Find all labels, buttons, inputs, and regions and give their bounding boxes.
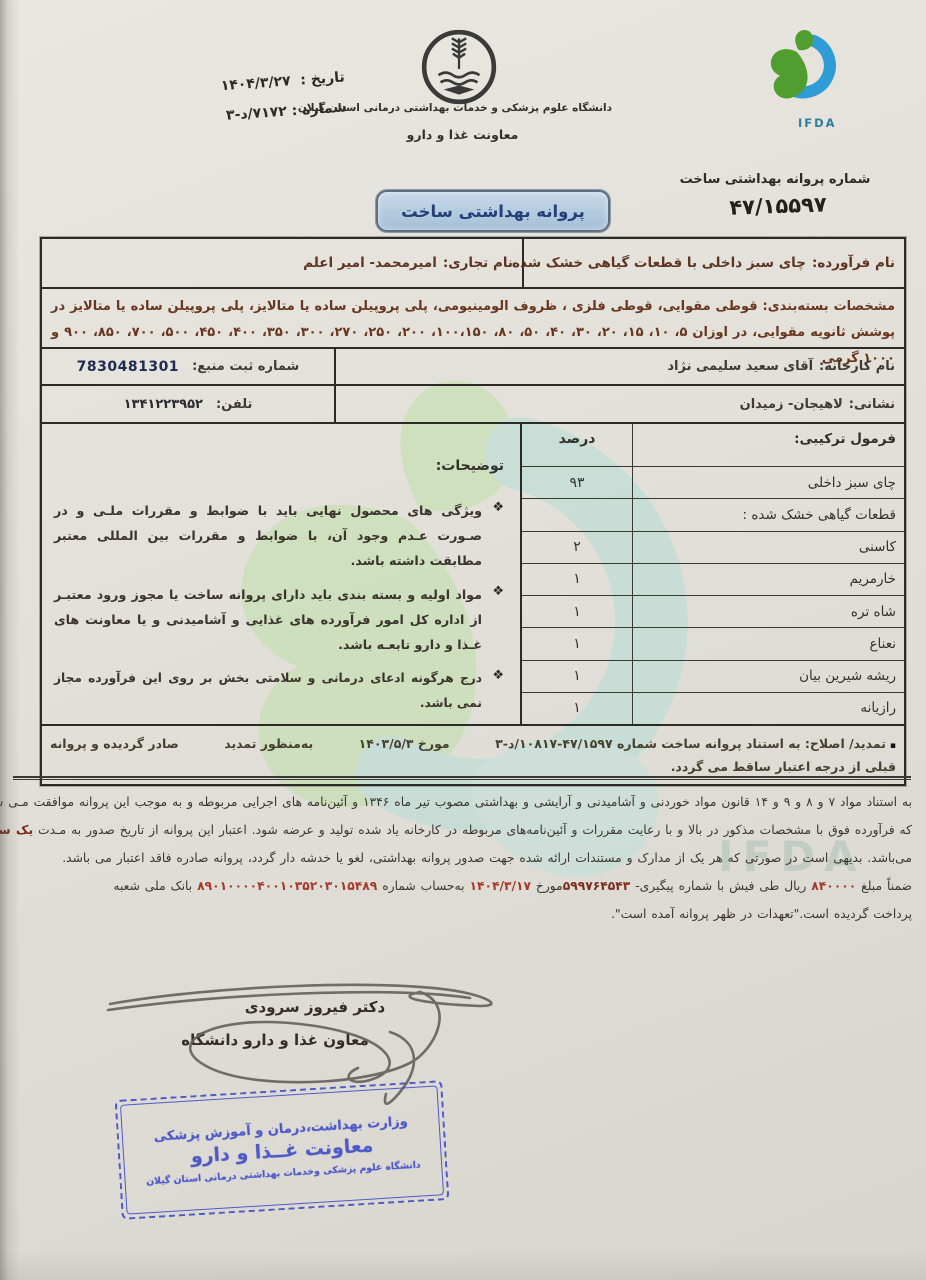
ingredient-percent: ۱ [522, 628, 632, 659]
ingredient-name: نعناع [632, 628, 904, 659]
renewal-purpose: به‌منظور تمدید [224, 736, 313, 751]
ingredient-name: چای سبز داخلی [632, 467, 904, 498]
payment-date: ۱۴۰۴/۳/۱۷ [469, 879, 531, 893]
product-value: چای سبز داخلی با قطعات گیاهی خشک شده [512, 255, 806, 271]
paragraph-text: که فرآورده فوق با مشخصات مذکور در بالا و… [33, 823, 912, 837]
table-row-product: نام فرآورده: چای سبز داخلی با قطعات گیاه… [42, 239, 904, 289]
bullet-icon: ❖ [482, 582, 504, 657]
university-name: دانشگاه علوم پزشکی و خدمات بهداشتی درمان… [312, 102, 612, 114]
factory-label: نام کارخانه: [819, 359, 895, 374]
note-text: مواد اولیه و بسته بندی باید دارای پروانه… [54, 582, 482, 657]
brand-cell: نام تجاری: امیرمحمد- امیر اعلم [42, 239, 522, 287]
ingredient-percent [522, 499, 632, 530]
note-item: ❖ مواد اولیه و بسته بندی باید دارای پروا… [54, 582, 504, 657]
stamp-line3: دانشگاه علوم پزشکی وخدمات بهداشتی درمانی… [146, 1159, 421, 1187]
ministry-stamp: وزارت بهداشت،درمان و آموزش پزشکی معاونت … [115, 1080, 450, 1220]
table-row-formula-notes: فرمول ترکیبی: درصد چای سبز داخلی ۹۳ قطعا… [42, 424, 904, 726]
paragraph-line: ضمناً مبلغ ۸۴۰۰۰۰ ریال طی فیش با شماره پ… [12, 872, 912, 900]
phone-cell: تلفن: ۱۳۴۱۲۲۳۹۵۲ [42, 386, 334, 422]
university-emblem-icon [418, 26, 500, 108]
renewal-line1: ▪تمدید/ اصلاح: به استناد پروانه ساخت شما… [50, 736, 896, 751]
formula-row: قطعات گیاهی خشک شده : [522, 499, 904, 531]
license-number-label: شماره پروانه بهداشتی ساخت [655, 172, 895, 187]
registration-cell: شماره ثبت منبع: 7830481301 [42, 349, 334, 384]
formula-title: فرمول ترکیبی: [632, 424, 904, 466]
table-row-address: نشانی: لاهیجان- زمیدان تلفن: ۱۳۴۱۲۲۳۹۵۲ [42, 386, 904, 424]
formula-row: ریشه شیرین بیان ۱ [522, 661, 904, 693]
ingredient-name: قطعات گیاهی خشک شده : [632, 499, 904, 530]
registration-label: شماره ثبت منبع: [192, 359, 299, 374]
phone-value: ۱۳۴۱۲۲۳۹۵۲ [124, 397, 203, 412]
notes-cell: توضیحات: ❖ ویژگی های محصول نهایی باید با… [42, 424, 520, 724]
ingredient-name: ریشه شیرین بیان [632, 661, 904, 692]
table-row-factory: نام کارخانه: آقای سعید سلیمی نژاد شماره … [42, 349, 904, 386]
validity-duration: یک سـال [0, 823, 33, 837]
ingredient-percent: ۱ [522, 564, 632, 595]
note-item: ❖ ویژگی های محصول نهایی باید با ضوابط و … [54, 498, 504, 573]
packaging-cell: مشخصات بسته‌بندی: قوطی مقوایی، قوطی فلزی… [42, 289, 904, 347]
address-label: نشانی: [849, 397, 895, 412]
brand-label: نام تجاری: [443, 255, 513, 271]
paragraph-line: پرداخت گردیده است."تعهدات در ظهر پروانه … [12, 900, 912, 928]
registration-value: 7830481301 [77, 359, 179, 375]
notes-bullets: ❖ ویژگی های محصول نهایی باید با ضوابط و … [54, 498, 504, 716]
scanned-document: IFDA تاریخ : ۱۴۰۴/۳/۲۷ شماره : ۷۱۷۲/د-۳ … [0, 0, 926, 1280]
paragraph-line: می‌باشد. بدیهی است در صورتی که هر یک از … [12, 844, 912, 872]
formula-table: فرمول ترکیبی: درصد چای سبز داخلی ۹۳ قطعا… [520, 424, 904, 724]
renewal-date: مورخ ۱۴۰۳/۵/۳ [359, 736, 450, 751]
paragraph-text: ضمناً مبلغ [856, 879, 912, 893]
notes-title: توضیحات: [54, 458, 504, 474]
ingredient-name: شاه تره [632, 596, 904, 627]
percent-header: درصد [522, 424, 632, 466]
permit-info-table: نام فرآورده: چای سبز داخلی با قطعات گیاه… [40, 237, 906, 786]
formula-row: خارمریم ۱ [522, 564, 904, 596]
ingredient-name: خارمریم [632, 564, 904, 595]
brand-value: امیرمحمد- امیر اعلم [303, 255, 437, 271]
address-cell: نشانی: لاهیجان- زمیدان [334, 386, 904, 422]
fee-amount: ۸۴۰۰۰۰ [811, 879, 856, 893]
product-cell: نام فرآورده: چای سبز داخلی با قطعات گیاه… [522, 239, 904, 287]
department-name: معاونت غذا و دارو [390, 127, 535, 142]
ifda-logo-icon [752, 26, 856, 118]
square-bullet-icon: ▪ [890, 741, 896, 751]
note-text: درج هرگونه ادعای درمانی و سلامتی بخش بر … [54, 666, 482, 716]
paragraph-line: به استناد مواد ۷ و ۸ و ۹ و ۱۴ قانون مواد… [12, 788, 912, 816]
ingredient-percent: ۹۳ [522, 467, 632, 498]
product-label: نام فرآورده: [812, 255, 895, 271]
paragraph-text: بانک ملی شعبه [113, 879, 197, 893]
document-title: پروانه بهداشتی ساخت [376, 190, 610, 232]
formula-row: شاه تره ۱ [522, 596, 904, 628]
renewal-reference: تمدید/ اصلاح: به استناد پروانه ساخت شمار… [495, 736, 886, 751]
paragraph-text: مورخ [531, 879, 563, 893]
paragraph-line: که فرآورده فوق با مشخصات مذکور در بالا و… [12, 816, 912, 844]
table-row-packaging: مشخصات بسته‌بندی: قوطی مقوایی، قوطی فلزی… [42, 289, 904, 349]
date-value: ۱۴۰۴/۳/۲۷ [220, 73, 291, 94]
legal-paragraph: به استناد مواد ۷ و ۸ و ۹ و ۱۴ قانون مواد… [12, 788, 912, 928]
number-value: ۷۱۷۲/د-۳ [226, 104, 288, 124]
license-number-value: ۴۷/۱۵۵۹۷ [688, 191, 869, 221]
bullet-icon: ❖ [482, 498, 504, 573]
note-item: ❖ درج هرگونه ادعای درمانی و سلامتی بخش ب… [54, 666, 504, 716]
formula-header-row: فرمول ترکیبی: درصد [522, 424, 904, 467]
factory-value: آقای سعید سلیمی نژاد [667, 359, 813, 374]
paragraph-text: به‌حساب شماره [377, 879, 469, 893]
formula-row: چای سبز داخلی ۹۳ [522, 467, 904, 499]
phone-label: تلفن: [216, 397, 252, 412]
address-value: لاهیجان- زمیدان [740, 397, 843, 412]
date-number-block: تاریخ : ۱۴۰۴/۳/۲۷ شماره : ۷۱۷۲/د-۳ [126, 62, 348, 137]
date-label: تاریخ : [300, 69, 345, 88]
stamp-inner-border: وزارت بهداشت،درمان و آموزش پزشکی معاونت … [120, 1085, 444, 1214]
factory-cell: نام کارخانه: آقای سعید سلیمی نژاد [334, 349, 904, 384]
ingredient-percent: ۱ [522, 661, 632, 692]
renewal-issued: صادر گردیده و پروانه [50, 736, 179, 751]
renewal-line2: قبلی از درجه اعتبار ساقط می گردد. [50, 759, 896, 774]
ingredient-percent: ۱ [522, 596, 632, 627]
account-number: ۸۹۰۱۰۰۰۰۴۰۰۱۰۳۵۲۰۳۰۱۵۴۸۹ [197, 879, 377, 893]
tracking-number: ۵۹۹۷۶۴۵۴۳ [563, 879, 631, 893]
paragraph-text: ریال طی فیش با شماره پیگیری- [630, 879, 811, 893]
formula-row: کاسنی ۲ [522, 532, 904, 564]
ingredient-percent: ۲ [522, 532, 632, 563]
formula-row: رازیانه ۱ [522, 693, 904, 724]
ifda-logo-text: IFDA [798, 116, 837, 130]
note-text: ویژگی های محصول نهایی باید با ضوابط و مق… [54, 498, 482, 573]
formula-row: نعناع ۱ [522, 628, 904, 660]
bullet-icon: ❖ [482, 666, 504, 716]
ingredient-name: کاسنی [632, 532, 904, 563]
double-rule-divider [13, 776, 911, 780]
ingredient-name: رازیانه [632, 693, 904, 724]
ingredient-percent: ۱ [522, 693, 632, 724]
